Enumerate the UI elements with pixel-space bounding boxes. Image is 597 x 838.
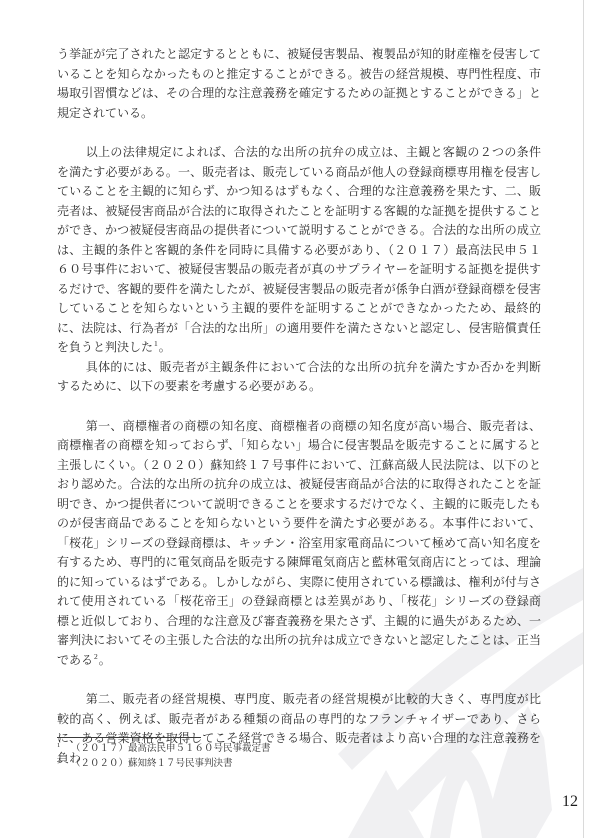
paragraph: う挙証が完了されたと認定するとともに、被疑侵害製品、複製品が知的財産権を侵害して… bbox=[57, 45, 541, 123]
footnote-reference: 1 bbox=[154, 339, 158, 348]
paragraph: 第一、商標権者の商標の知名度、商標権者の商標の知名度が高い場合、販売者は、商標権… bbox=[57, 417, 541, 671]
footnote-text: （２０１７）最高法民申５１６０号民事裁定書 bbox=[71, 744, 271, 754]
document-content: う挙証が完了されたと認定するとともに、被疑侵害製品、複製品が知的財産権を侵害して… bbox=[57, 45, 541, 768]
paragraph: 以上の法律規定によれば、合法的な出所の抗弁の成立は、主観と客観の２つの条件を満た… bbox=[57, 143, 541, 358]
footnote-separator bbox=[57, 737, 201, 738]
body-paragraphs: う挙証が完了されたと認定するとともに、被疑侵害製品、複製品が知的財産権を侵害して… bbox=[57, 45, 541, 768]
footnotes-list: 1（２０１７）最高法民申５１６０号民事裁定書2（２０２０）蘇知終１７号民事判決書 bbox=[57, 742, 541, 772]
paragraph: 具体的には、販売者が主観条件において合法的な出所の抗弁を満たすか否かを判断するた… bbox=[57, 358, 541, 397]
footnote-item: 1（２０１７）最高法民申５１６０号民事裁定書 bbox=[57, 742, 541, 757]
page-right-edge-line bbox=[583, 0, 584, 838]
page-number: 12 bbox=[562, 793, 578, 811]
document-page: う挙証が完了されたと認定するとともに、被疑侵害製品、複製品が知的財産権を侵害して… bbox=[0, 0, 597, 838]
footnote-text: （２０２０）蘇知終１７号民事判決書 bbox=[71, 759, 233, 769]
footnotes-section: 1（２０１７）最高法民申５１６０号民事裁定書2（２０２０）蘇知終１７号民事判決書 bbox=[57, 737, 541, 772]
footnote-reference: 2 bbox=[94, 652, 98, 661]
footnote-item: 2（２０２０）蘇知終１７号民事判決書 bbox=[57, 757, 541, 772]
